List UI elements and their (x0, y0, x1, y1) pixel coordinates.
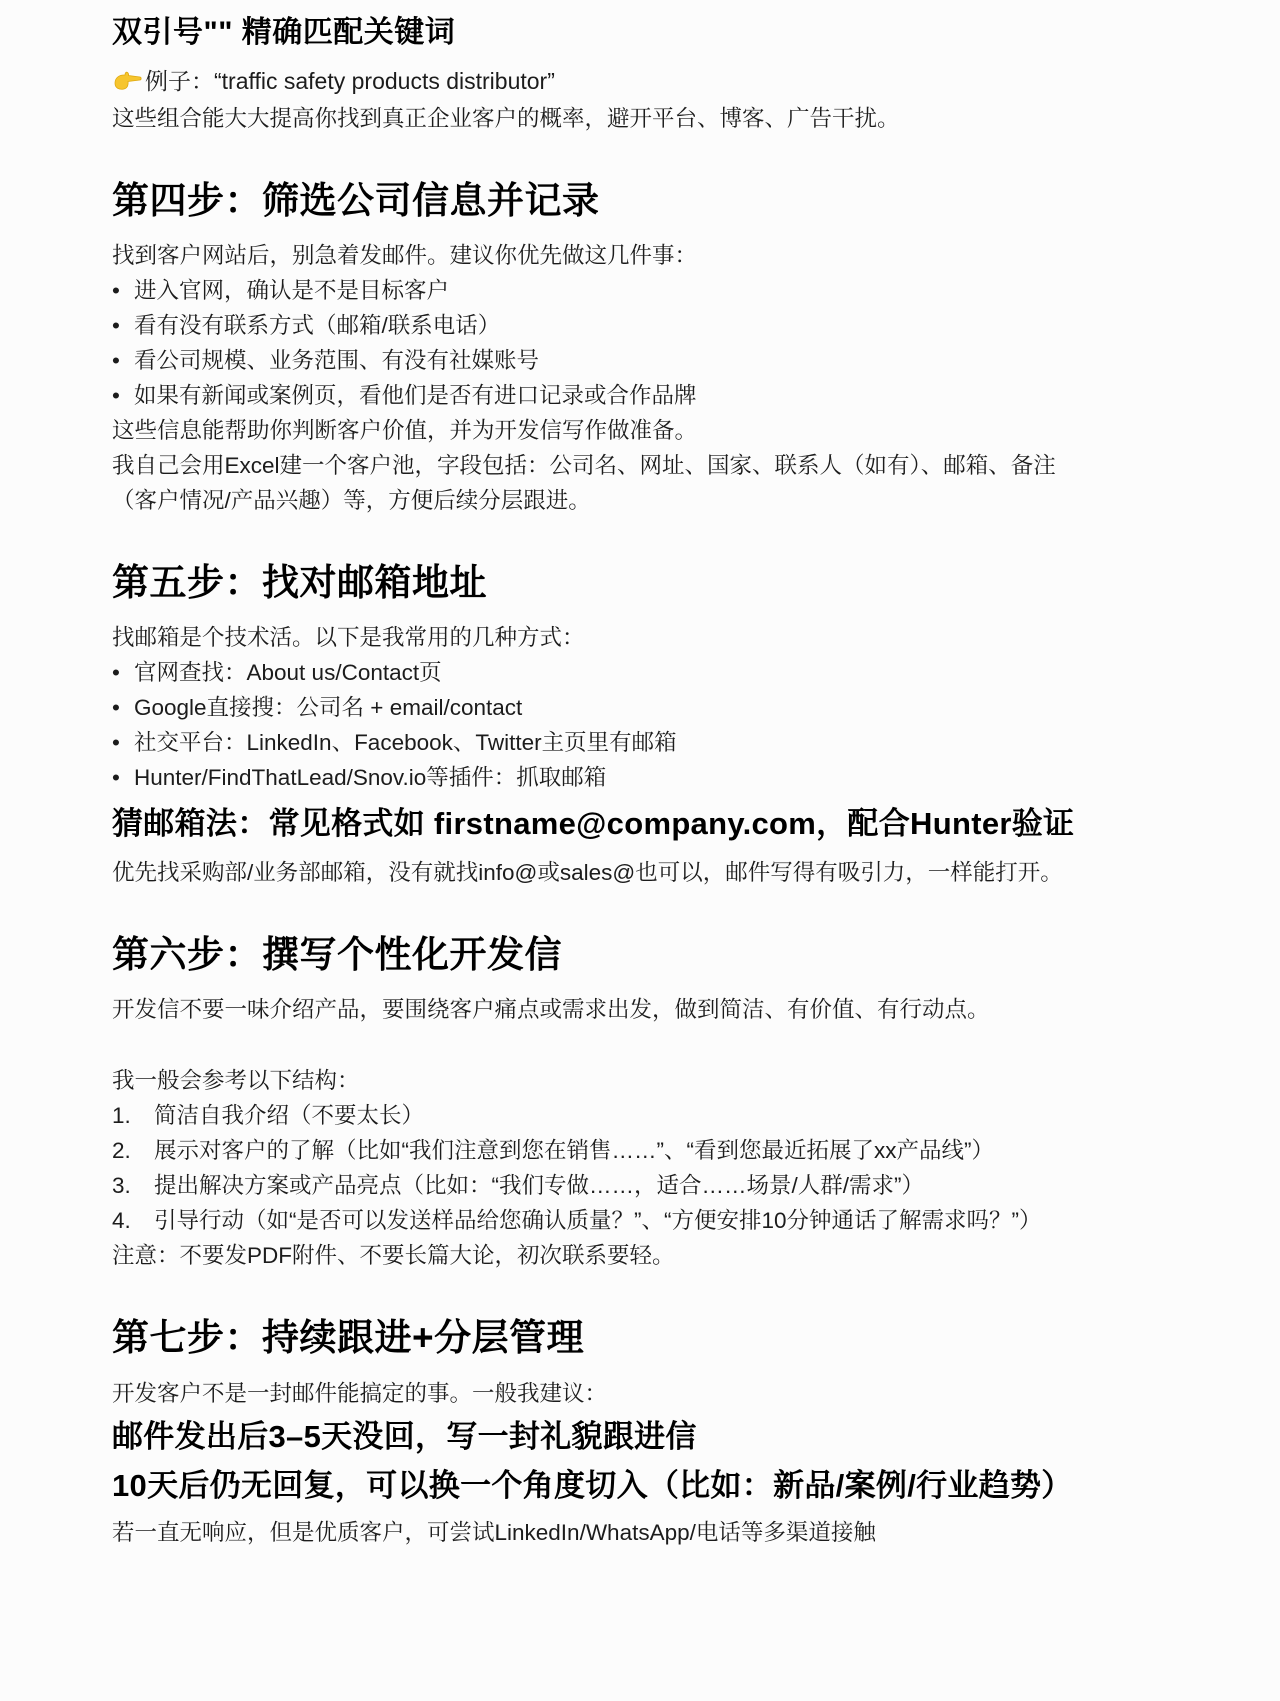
bullet-item: • Google直接搜：公司名 + email/contact (112, 690, 1080, 725)
step4-note-1: 这些信息能帮助你判断客户价值，并为开发信写作做准备。 (112, 413, 1080, 448)
step5-heading: 第五步：找对邮箱地址 (112, 560, 1080, 606)
bullet-text: 看有没有联系方式（邮箱/联系电话） (134, 308, 500, 343)
numbered-item: 1. 简洁自我介绍（不要太长） (112, 1098, 1080, 1133)
numbered-text: 简洁自我介绍（不要太长） (154, 1098, 424, 1133)
bullet-icon: • (112, 760, 134, 795)
bullet-icon: • (112, 655, 134, 690)
step7-lead: 开发客户不是一封邮件能搞定的事。一般我建议： (112, 1376, 1080, 1411)
bullet-icon: • (112, 343, 134, 378)
bullet-item: • 社交平台：LinkedIn、Facebook、Twitter主页里有邮箱 (112, 725, 1080, 760)
numbered-text: 展示对客户的了解（比如“我们注意到您在销售……”、“看到您最近拓展了xx产品线”… (154, 1133, 994, 1168)
numbered-item: 4. 引导行动（如“是否可以发送样品给您确认质量？”、“方便安排10分钟通话了解… (112, 1203, 1080, 1238)
step5-note: 优先找采购部/业务部邮箱，没有就找info@或sales@也可以，邮件写得有吸引… (112, 855, 1080, 890)
bullet-item: • 进入官网，确认是不是目标客户 (112, 273, 1080, 308)
step6-structure-intro: 我一般会参考以下结构： (112, 1063, 1080, 1098)
step7-highlight-1: 邮件发出后3–5天没回，写一封礼貌跟进信 (112, 1414, 1080, 1460)
bullet-text: Google直接搜：公司名 + email/contact (134, 690, 522, 725)
numbered-text: 引导行动（如“是否可以发送样品给您确认质量？”、“方便安排10分钟通话了解需求吗… (154, 1203, 1042, 1238)
step5-highlight: 猜邮箱法：常见格式如 firstname@company.com，配合Hunte… (112, 802, 1080, 846)
numbered-item: 3. 提出解决方案或产品亮点（比如：“我们专做……，适合……场景/人群/需求”） (112, 1168, 1080, 1203)
bullet-text: 进入官网，确认是不是目标客户 (134, 273, 449, 308)
bullet-item: • Hunter/FindThatLead/Snov.io等插件：抓取邮箱 (112, 760, 1080, 795)
step7-highlight-2: 10天后仍无回复，可以换一个角度切入（比如：新品/案例/行业趋势） (112, 1463, 1080, 1509)
example-line: 例子：“traffic safety products distributor” (112, 64, 1080, 99)
intro-heading: 双引号"" 精确匹配关键词 (112, 14, 1080, 52)
bullet-text: Hunter/FindThatLead/Snov.io等插件：抓取邮箱 (134, 760, 606, 795)
bullet-icon: • (112, 690, 134, 725)
pointing-right-icon (112, 69, 142, 93)
bullet-item: • 如果有新闻或案例页，看他们是否有进口记录或合作品牌 (112, 378, 1080, 413)
numbered-index: 1. (112, 1098, 154, 1133)
step6-note: 注意：不要发PDF附件、不要长篇大论，初次联系要轻。 (112, 1238, 1080, 1273)
intro-note: 这些组合能大大提高你找到真正企业客户的概率，避开平台、博客、广告干扰。 (112, 101, 1080, 136)
bullet-item: • 官网查找：About us/Contact页 (112, 655, 1080, 690)
step6-lead: 开发信不要一味介绍产品，要围绕客户痛点或需求出发，做到简洁、有价值、有行动点。 (112, 992, 1080, 1027)
step7-note: 若一直无响应，但是优质客户，可尝试LinkedIn/WhatsApp/电话等多渠… (112, 1515, 1080, 1550)
bullet-icon: • (112, 273, 134, 308)
step7-heading: 第七步：持续跟进+分层管理 (112, 1315, 1080, 1361)
step4-note-2: 我自己会用Excel建一个客户池，字段包括：公司名、网址、国家、联系人（如有）、… (112, 448, 1080, 518)
numbered-index: 4. (112, 1203, 154, 1238)
bullet-text: 社交平台：LinkedIn、Facebook、Twitter主页里有邮箱 (134, 725, 677, 760)
bullet-icon: • (112, 378, 134, 413)
bullet-icon: • (112, 725, 134, 760)
bullet-icon: • (112, 308, 134, 343)
numbered-index: 2. (112, 1133, 154, 1168)
article: 双引号"" 精确匹配关键词 例子：“traffic safety product… (0, 0, 1280, 1701)
bullet-item: • 看公司规模、业务范围、有没有社媒账号 (112, 343, 1080, 378)
bullet-text: 官网查找：About us/Contact页 (134, 655, 442, 690)
step4-lead: 找到客户网站后，别急着发邮件。建议你优先做这几件事： (112, 238, 1080, 273)
example-text: 例子：“traffic safety products distributor” (145, 64, 555, 99)
numbered-item: 2. 展示对客户的了解（比如“我们注意到您在销售……”、“看到您最近拓展了xx产… (112, 1133, 1080, 1168)
bullet-text: 看公司规模、业务范围、有没有社媒账号 (134, 343, 539, 378)
step5-lead: 找邮箱是个技术活。以下是我常用的几种方式： (112, 620, 1080, 655)
numbered-index: 3. (112, 1168, 154, 1203)
bullet-text: 如果有新闻或案例页，看他们是否有进口记录或合作品牌 (134, 378, 697, 413)
step6-heading: 第六步：撰写个性化开发信 (112, 932, 1080, 978)
bullet-item: • 看有没有联系方式（邮箱/联系电话） (112, 308, 1080, 343)
step4-heading: 第四步：筛选公司信息并记录 (112, 178, 1080, 224)
numbered-text: 提出解决方案或产品亮点（比如：“我们专做……，适合……场景/人群/需求”） (154, 1168, 924, 1203)
